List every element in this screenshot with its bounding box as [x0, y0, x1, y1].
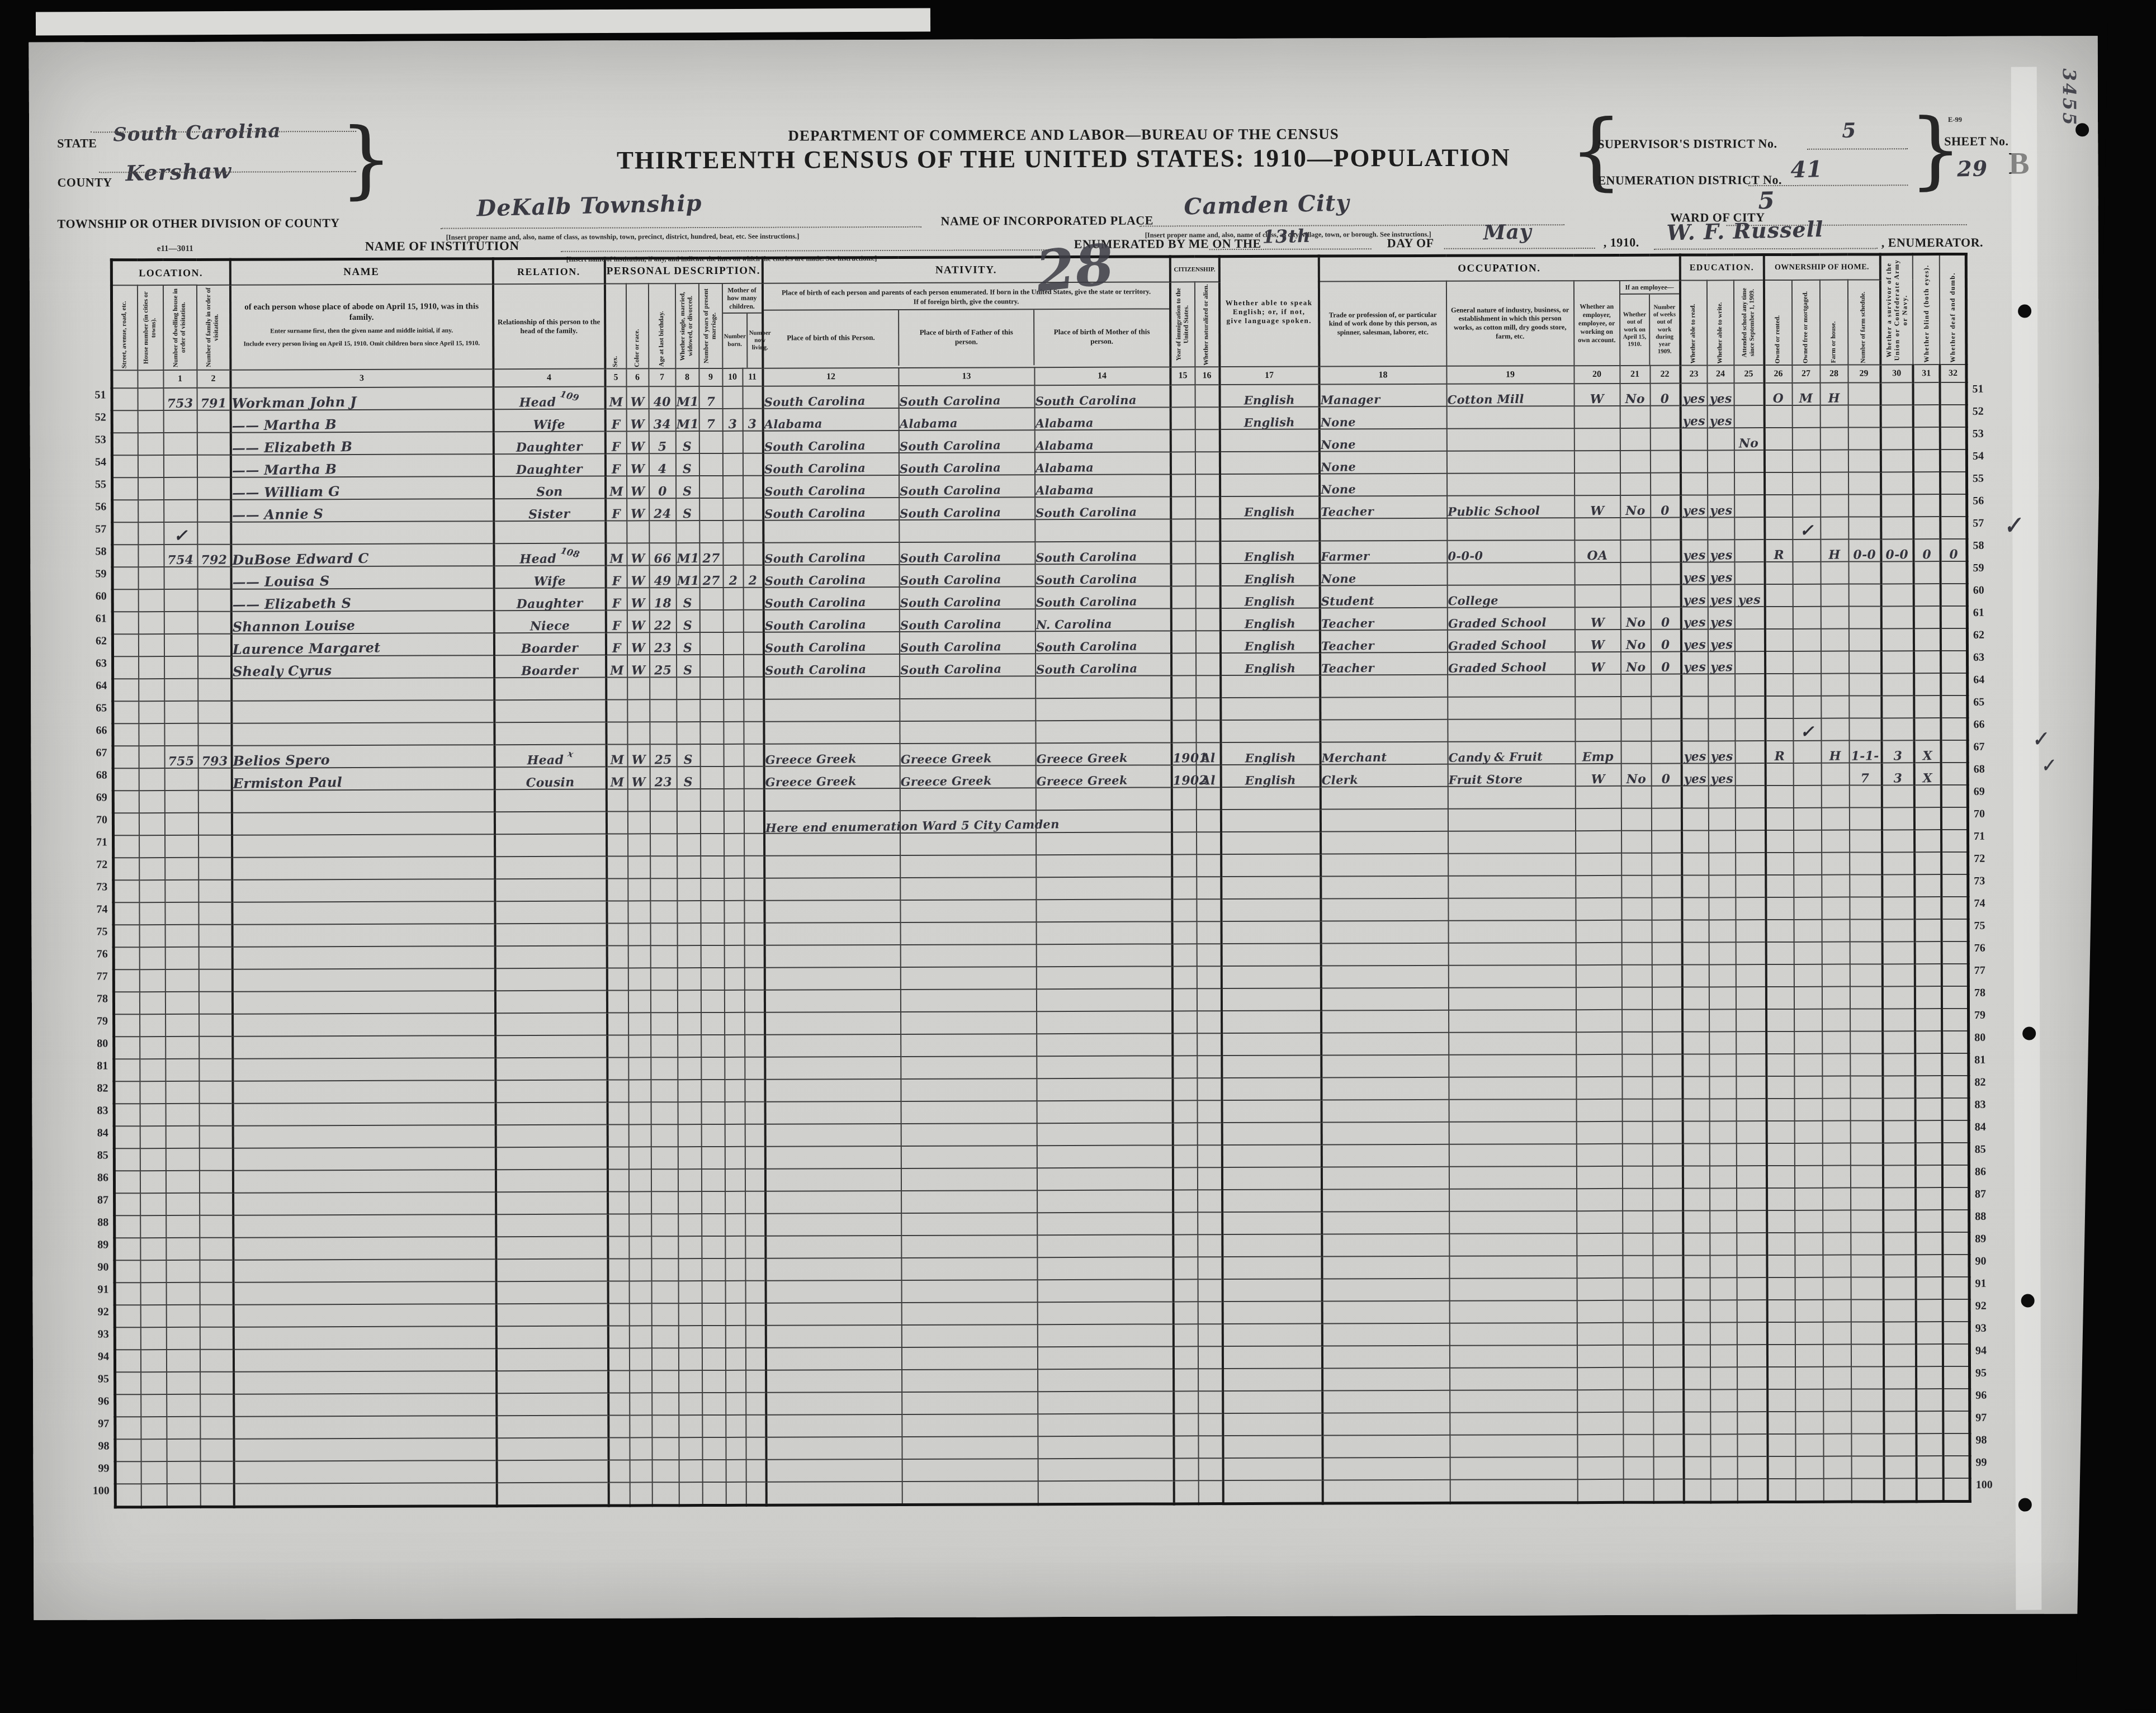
cell-schedule	[1848, 449, 1881, 472]
cell-pob_mother	[1037, 1011, 1172, 1034]
entry-pob: South Carolina	[764, 395, 865, 408]
cell-color	[629, 1303, 651, 1326]
cell-name	[232, 856, 495, 879]
cell-weeks_out	[1651, 719, 1681, 741]
cell-children_born	[724, 945, 744, 968]
cell-pob_mother	[1036, 877, 1172, 900]
entry-marital: S	[683, 463, 692, 475]
cell-trade	[1322, 1480, 1450, 1503]
cell-read	[1682, 1031, 1709, 1054]
entry-name: Workman John J	[231, 395, 357, 410]
cell-immig_year	[1170, 385, 1195, 407]
cell-pob_father	[900, 832, 1036, 855]
cell-naturalized	[1198, 1346, 1222, 1369]
cell-sex	[608, 1437, 630, 1460]
cell-family	[199, 1037, 233, 1059]
cell-read	[1682, 853, 1709, 875]
cell-out_work	[1621, 808, 1651, 831]
cell-deaf	[1941, 874, 1968, 897]
cell-free	[1795, 1233, 1823, 1255]
cell-children_living	[744, 655, 764, 677]
cell-house	[139, 925, 165, 947]
cell-marital	[679, 1393, 702, 1415]
cell-schedule: 0-0	[1848, 539, 1881, 561]
cell-trade	[1321, 966, 1448, 988]
cell-read	[1682, 1099, 1709, 1121]
cell-trade	[1322, 1279, 1449, 1302]
cell-relation	[495, 991, 607, 1014]
entry-color: W	[631, 508, 645, 520]
cell-schedule	[1851, 1277, 1883, 1299]
cell-trade	[1321, 943, 1448, 966]
entry-marital: S	[683, 597, 693, 609]
cell-children_living	[743, 588, 763, 610]
cell-dwelling	[167, 1394, 200, 1417]
cell-color	[628, 1057, 651, 1080]
deaf-desc: Whether deaf and dumb.	[1949, 272, 1957, 363]
cell-schedule	[1848, 561, 1881, 584]
entry-pob_father: Greece Greek	[900, 775, 991, 788]
name-desc-sub1: Enter surname first, then the given name…	[235, 327, 489, 336]
cell-schedule	[1851, 1210, 1883, 1232]
cell-weeks_out	[1652, 1099, 1682, 1122]
cell-owned	[1766, 1031, 1794, 1054]
col-head-naturalized: Whether naturalized or alien.	[1195, 282, 1219, 367]
cell-schedule	[1849, 718, 1881, 740]
cell-family	[198, 701, 231, 723]
cell-industry	[1448, 786, 1575, 809]
marital-desc: Whether single, married, widowed, or div…	[679, 285, 695, 367]
column-number: 15	[1170, 367, 1195, 385]
cell-read: yes	[1681, 651, 1708, 674]
cell-out_work	[1621, 719, 1651, 741]
cell-pob	[764, 990, 900, 1012]
entry-english: English	[1245, 640, 1296, 652]
entry-weeks_out: 0	[1661, 505, 1670, 517]
cell-read: yes	[1681, 763, 1708, 785]
cell-weeks_out: 0	[1651, 652, 1681, 674]
cell-dwelling	[164, 477, 197, 500]
entry-sex: F	[612, 418, 621, 430]
cell-owned	[1767, 1210, 1795, 1233]
cell-school	[1737, 1233, 1767, 1255]
cell-yrs_married	[699, 431, 722, 453]
entry-sex: F	[612, 642, 621, 654]
cell-color	[629, 1214, 651, 1236]
cell-blind	[1913, 517, 1940, 539]
cell-farm	[1823, 1166, 1851, 1188]
cell-farm	[1823, 1188, 1851, 1210]
cell-name: Ermiston Paul	[231, 767, 494, 790]
entry-write: yes	[1710, 571, 1732, 584]
cell-color: W	[626, 453, 649, 476]
row-number: 83	[79, 1104, 108, 1127]
cell-yrs_married	[702, 1370, 726, 1393]
entry-pob_mother: South Carolina	[1036, 640, 1137, 653]
cell-owned	[1767, 1345, 1795, 1367]
cell-color	[628, 1012, 651, 1035]
cell-relation	[495, 1170, 607, 1193]
cell-yrs_married	[701, 1012, 725, 1035]
cell-street	[115, 1461, 141, 1484]
cell-color	[630, 1370, 652, 1393]
entry-pob_father: South Carolina	[900, 663, 1001, 675]
cell-free	[1793, 741, 1821, 763]
cell-write	[1710, 1233, 1737, 1255]
cell-out_work: No	[1620, 384, 1650, 406]
row-number: 54	[77, 456, 106, 478]
cell-sex	[608, 1191, 629, 1214]
cell-marital	[678, 1281, 702, 1303]
cell-out_work	[1623, 1412, 1653, 1435]
entry-pob_father: South Carolina	[899, 439, 1000, 452]
cell-free	[1794, 964, 1822, 987]
cell-house	[140, 1014, 166, 1037]
cell-relation	[497, 1416, 608, 1438]
cell-relation	[496, 1192, 608, 1215]
row-number: 59	[1971, 561, 2007, 584]
cell-school	[1734, 383, 1764, 405]
cell-emp	[1574, 406, 1620, 428]
group-citizenship: CITIZENSHIP.	[1170, 257, 1219, 282]
cell-trade: Teacher	[1320, 652, 1448, 675]
cell-weeks_out: 0	[1651, 630, 1681, 652]
entry-relation: Head	[527, 754, 564, 766]
cell-children_born	[722, 386, 743, 409]
cell-emp	[1576, 965, 1621, 987]
cell-school	[1736, 1076, 1766, 1099]
cell-industry	[1450, 1435, 1577, 1458]
cell-immig_year	[1173, 1302, 1198, 1324]
cell-pob_father	[901, 1347, 1037, 1370]
cell-farm	[1821, 472, 1848, 495]
cell-survivor	[1884, 1478, 1916, 1502]
col-head-school: Attended school any time since September…	[1734, 280, 1765, 365]
cell-emp	[1576, 943, 1621, 965]
row-number: 85	[79, 1149, 108, 1171]
cell-read: yes	[1680, 405, 1707, 428]
row-number: 91	[80, 1283, 109, 1305]
cell-free	[1794, 897, 1822, 920]
cell-emp: W	[1575, 607, 1620, 630]
weeks-out-desc: Number of weeks out of work during year …	[1649, 295, 1679, 365]
cell-weeks_out	[1652, 1122, 1682, 1144]
cell-children_born	[725, 1326, 745, 1348]
cell-weeks_out	[1651, 518, 1681, 540]
cell-naturalized	[1197, 1123, 1222, 1145]
cell-yrs_married	[700, 789, 724, 811]
entry-trade: Teacher	[1321, 662, 1374, 674]
cell-immig_year	[1171, 519, 1195, 541]
cell-blind	[1916, 1433, 1943, 1456]
cell-out_work	[1623, 1323, 1653, 1345]
cell-pob_mother	[1038, 1391, 1174, 1414]
cell-farm	[1822, 1121, 1850, 1143]
entry-age: 23	[654, 776, 672, 788]
entry-name: —— Elizabeth B	[231, 440, 352, 455]
cell-immig_year	[1173, 1324, 1198, 1346]
cell-house	[138, 455, 163, 477]
cell-street	[115, 1283, 140, 1305]
cell-emp	[1577, 1189, 1623, 1211]
cell-survivor	[1882, 874, 1914, 897]
cell-name: Shealy Cyrus	[231, 655, 494, 678]
cell-owned	[1766, 1099, 1794, 1121]
row-number: 79	[1972, 1009, 2008, 1031]
cell-emp	[1575, 808, 1621, 831]
cell-owned	[1765, 517, 1793, 540]
entry-marital: S	[683, 642, 693, 654]
cell-pob_father: South Carolina	[899, 497, 1035, 520]
cell-weeks_out	[1652, 1032, 1682, 1054]
cell-weeks_out	[1652, 1054, 1682, 1077]
cell-pob_mother	[1037, 1145, 1172, 1168]
cell-pob	[764, 676, 900, 699]
cell-industry	[1446, 428, 1574, 451]
cell-school	[1736, 875, 1766, 897]
cell-school	[1735, 718, 1765, 741]
cell-age	[650, 677, 677, 699]
cell-school	[1734, 517, 1765, 540]
cell-street	[114, 1081, 140, 1104]
row-number: 71	[78, 836, 107, 858]
cell-pob_father	[901, 1056, 1037, 1079]
sex-desc: Sex.	[612, 356, 620, 367]
cell-farm	[1823, 1300, 1851, 1322]
cell-schedule	[1849, 651, 1881, 673]
cell-pob_mother: N. Carolina	[1035, 608, 1171, 631]
entry-age: 25	[654, 664, 672, 676]
entry-industry: 0-0-0	[1448, 550, 1483, 562]
cell-write	[1708, 808, 1735, 830]
cell-family	[200, 1417, 234, 1439]
cell-naturalized	[1195, 385, 1219, 407]
cell-children_living	[744, 744, 764, 766]
cell-children_born	[726, 1460, 746, 1482]
cell-sex	[608, 1348, 629, 1370]
entry-color: W	[631, 642, 645, 654]
entry-age: 5	[658, 441, 666, 453]
cell-sex: M	[606, 655, 627, 677]
cell-owned	[1766, 897, 1794, 920]
entry-read: yes	[1684, 661, 1706, 674]
cell-name	[233, 1326, 496, 1349]
cell-naturalized	[1198, 1436, 1223, 1458]
cell-free	[1793, 696, 1821, 718]
cell-free	[1794, 853, 1822, 875]
cell-industry	[1449, 1233, 1577, 1256]
cell-pob_father	[900, 900, 1036, 922]
cell-yrs_married	[700, 744, 724, 766]
cell-children_born	[725, 1258, 745, 1281]
entry-english: English	[1245, 617, 1296, 630]
cell-blind	[1916, 1389, 1943, 1411]
cell-pob_mother	[1038, 1458, 1174, 1481]
cell-children_living	[745, 1326, 765, 1348]
cell-relation: Head108	[494, 543, 606, 566]
col-head-family-number: Number of family in order of visitation.	[196, 285, 230, 370]
cell-children_born	[726, 1482, 746, 1506]
header-scrawl-number: 28	[1033, 231, 1117, 305]
cell-pob_mother	[1037, 1033, 1172, 1056]
cell-pob_mother	[1038, 1369, 1174, 1392]
cell-free	[1794, 830, 1822, 853]
cell-relation: Daughter	[493, 432, 605, 455]
cell-relation	[495, 1058, 607, 1081]
cell-deaf	[1940, 427, 1966, 449]
cell-deaf	[1941, 830, 1968, 852]
cell-out_work	[1622, 1166, 1652, 1189]
cell-relation	[497, 1483, 608, 1506]
cell-naturalized	[1195, 631, 1220, 653]
cell-school	[1736, 1054, 1766, 1076]
cell-schedule	[1848, 517, 1881, 539]
cell-read	[1682, 1009, 1709, 1031]
column-number: 21	[1620, 366, 1650, 384]
cell-read	[1681, 674, 1708, 696]
cell-marital: S	[677, 744, 700, 766]
entry-pob_father: South Carolina	[899, 394, 1000, 407]
entry-owned: O	[1773, 392, 1784, 405]
cell-relation	[496, 1259, 608, 1282]
state-value: South Carolina	[113, 121, 281, 144]
cell-color: W	[627, 498, 649, 520]
entry-out_work: No	[1626, 617, 1646, 629]
cell-dwelling: 755	[164, 746, 198, 768]
cell-color	[627, 677, 650, 699]
cell-emp	[1576, 987, 1621, 1010]
cell-schedule	[1851, 1299, 1883, 1322]
cell-survivor	[1880, 382, 1913, 405]
cell-blind: 0	[1913, 539, 1940, 561]
col-head-english: Whether able to speak English; or, if no…	[1219, 256, 1319, 367]
entry-marital: S	[683, 664, 693, 676]
cell-pob	[765, 1034, 901, 1057]
cell-emp	[1574, 428, 1620, 451]
cell-house	[141, 1484, 167, 1507]
cell-pob_father	[902, 1459, 1038, 1482]
cell-age: 22	[649, 610, 676, 632]
cell-relation	[495, 1102, 607, 1125]
cell-children_born	[725, 1124, 745, 1147]
row-number: 70	[1971, 807, 2007, 830]
cell-children_born	[726, 1393, 746, 1415]
cell-industry	[1449, 1300, 1577, 1323]
row-number: 96	[80, 1395, 109, 1417]
cell-relation: Headx	[494, 745, 606, 768]
cell-english	[1221, 854, 1321, 877]
entry-out_work: No	[1626, 773, 1646, 785]
cell-industry	[1448, 965, 1576, 988]
cell-yrs_married	[702, 1303, 725, 1326]
cell-write	[1710, 1367, 1737, 1389]
cell-name: Shannon Louise	[231, 611, 494, 633]
cell-write	[1707, 450, 1734, 472]
row-number: 80	[1972, 1031, 2008, 1053]
cell-emp: W	[1575, 764, 1621, 786]
cell-immig_year	[1174, 1369, 1198, 1391]
cell-weeks_out	[1652, 831, 1682, 853]
cell-read	[1682, 875, 1709, 897]
cell-english	[1219, 429, 1319, 452]
cell-farm	[1821, 674, 1849, 696]
cell-dwelling	[164, 768, 198, 791]
entry-marital: S	[683, 485, 692, 498]
entry-name: —— Annie S	[232, 507, 323, 522]
cell-trade	[1321, 988, 1448, 1011]
cell-age	[650, 722, 677, 744]
cell-pob_mother	[1036, 899, 1172, 922]
row-number: 58	[1970, 539, 2006, 561]
cell-trade	[1321, 1033, 1449, 1056]
cell-industry	[1449, 1077, 1576, 1100]
cell-farm	[1821, 517, 1848, 540]
row-number: 67	[1971, 740, 2007, 763]
cell-pob_father	[900, 698, 1036, 721]
cell-write: yes	[1708, 629, 1734, 651]
cell-blind	[1914, 964, 1941, 986]
cell-pob_father: South Carolina	[899, 609, 1035, 632]
cell-write	[1709, 1166, 1736, 1188]
cell-sex	[607, 1147, 628, 1169]
cell-naturalized	[1197, 854, 1221, 877]
cell-street	[114, 1126, 140, 1148]
entry-relation: Head	[519, 553, 556, 566]
entry-weeks_out: 0	[1661, 393, 1670, 405]
cell-pob_father: South Carolina	[899, 586, 1035, 609]
cell-age	[650, 878, 677, 901]
cell-age	[651, 1169, 678, 1191]
row-number: 73	[78, 881, 107, 903]
cell-sex	[606, 699, 627, 722]
cell-deaf	[1942, 1255, 1969, 1277]
cell-emp	[1576, 876, 1621, 898]
col-head-employment-status: Whether an employer, employee, or workin…	[1574, 281, 1620, 366]
cell-yrs_married	[699, 476, 723, 498]
row-number: 97	[80, 1417, 109, 1440]
cell-write	[1709, 853, 1736, 875]
cell-yrs_married	[702, 1482, 726, 1506]
cell-family: 793	[198, 746, 231, 768]
cell-age	[652, 1415, 679, 1437]
cell-emp: W	[1574, 384, 1620, 406]
cell-owned	[1765, 472, 1793, 495]
cell-street	[115, 1439, 141, 1461]
cell-sex	[607, 1124, 628, 1147]
cell-marital	[677, 677, 700, 699]
column-number: 3	[230, 369, 493, 387]
row-number: 66	[1971, 718, 2007, 740]
cell-deaf	[1940, 472, 1967, 494]
cell-schedule	[1850, 1053, 1883, 1076]
cell-write	[1710, 1434, 1737, 1456]
entry-pob: South Carolina	[764, 507, 866, 519]
cell-dwelling	[165, 992, 198, 1014]
cell-survivor	[1880, 427, 1913, 449]
cell-yrs_married: 27	[699, 543, 723, 565]
cell-relation	[495, 856, 607, 879]
cell-out_work	[1621, 876, 1652, 898]
cell-free	[1792, 428, 1820, 450]
entry-marital: M1	[676, 396, 699, 409]
cell-children_born	[724, 677, 744, 699]
cell-age	[651, 1348, 678, 1370]
cell-pob_mother	[1037, 1234, 1173, 1257]
cell-pob_mother	[1037, 1056, 1172, 1078]
cell-survivor	[1883, 1098, 1915, 1120]
entry-schedule: 1-1-	[1851, 750, 1879, 763]
cell-free	[1794, 920, 1822, 942]
